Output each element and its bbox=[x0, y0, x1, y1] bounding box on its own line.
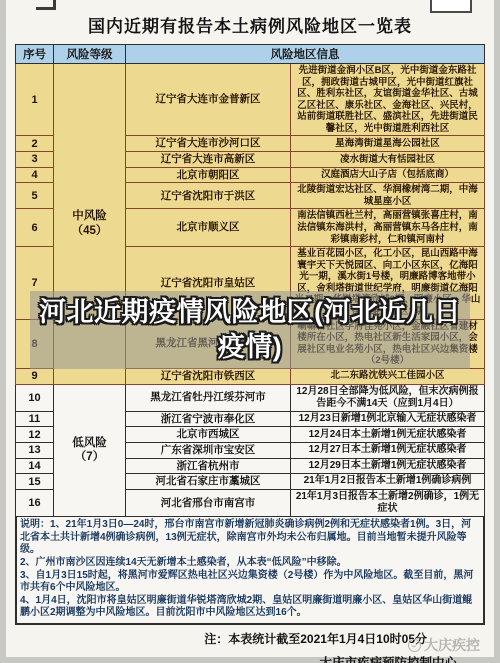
row-info: 喇嘛台社区学府佳苑小区，金融社区省建材楼所在小区，热电社区新生活家园小区，会展社… bbox=[291, 319, 485, 368]
photo-corner-box bbox=[430, 0, 472, 13]
row-no: 9 bbox=[16, 368, 54, 384]
row-region: 辽宁省大连市金普新区 bbox=[126, 64, 291, 136]
row-info: 南法信镇西杜兰村，高丽营镇张喜庄村，南法信镇东海洪村，高丽营镇东马各庄村，南彩镇… bbox=[291, 209, 485, 247]
row-region: 广东省深圳市宝安区 bbox=[126, 443, 291, 459]
header-no: 序号 bbox=[16, 45, 54, 64]
crop-mark-icon bbox=[36, 0, 56, 10]
row-region: 辽宁省沈阳市铁西区 bbox=[126, 368, 291, 384]
row-no: 16 bbox=[16, 489, 54, 516]
table-header-row: 序号 风险等级 风险地区信息 bbox=[16, 45, 485, 64]
row-no: 8 bbox=[16, 319, 54, 368]
row-info: 12月23日新增1例北京输入无症状感染者 bbox=[291, 411, 485, 427]
daqing-cdc-watermark: 大庆疾控 bbox=[408, 635, 480, 655]
row-region: 黑龙江省黑河市爱辉区 bbox=[126, 319, 291, 368]
mid-risk-name: 中风险 bbox=[56, 209, 123, 223]
row-info: 12月24日本土新增1例无症状感染者 bbox=[291, 427, 485, 443]
row-region: 河北省邢台市南宫市 bbox=[126, 489, 291, 516]
row-info: 先进街道金润小区B区，光中街道金东路社区，拥政街道古城甲区，光中街道红旗社区、胜… bbox=[291, 64, 485, 136]
note-line: 2、广州市南沙区因连续14天无新增本土感染者，从本表“低风险”中移除。 bbox=[20, 557, 480, 570]
row-no: 14 bbox=[16, 458, 54, 474]
table-row: 10 低风险 （7） 黑龙江省牡丹江绥芬河市 12月28日全部降为低风险，但末次… bbox=[16, 384, 485, 411]
document-photo: 国内近期有报告本土病例风险地区一览表 序号 风险等级 风险地区信息 1 中风险 … bbox=[6, 0, 494, 657]
row-info: 21年1月3日报告本土新增2例确诊，1例无症状 bbox=[291, 489, 485, 516]
notes-box: 说明：1、21年1月3日0—24时，邢台市南宫市新增新冠肺炎确诊病例2例和无症状… bbox=[15, 517, 485, 625]
header-info: 风险地区信息 bbox=[126, 45, 485, 64]
row-region: 北京市西城区 bbox=[126, 427, 291, 443]
row-region: 北京市朝阳区 bbox=[126, 167, 291, 183]
note-line: 说明：1、21年1月3日0—24时，邢台市南宫市新增新冠肺炎确诊病例2例和无症状… bbox=[20, 519, 480, 557]
row-info: 基业百花园小区，化工小区，昆山西路中海寰宇天下天悦园区、向工小区东区，亿海阳光一… bbox=[291, 247, 485, 319]
row-no: 13 bbox=[16, 443, 54, 459]
note-line: 3、自1月3日15时起，将黑河市爱辉区热电社区兴边集资楼（2号楼）作为中风险地区… bbox=[20, 570, 480, 595]
row-region: 黑龙江省牡丹江绥芬河市 bbox=[126, 384, 291, 411]
row-region: 北京市顺义区 bbox=[126, 209, 291, 247]
mid-risk-count: （45） bbox=[56, 224, 123, 238]
row-region: 浙江省杭州市 bbox=[126, 458, 291, 474]
risk-area-table: 序号 风险等级 风险地区信息 1 中风险 （45） 辽宁省大连市金普新区 先进街… bbox=[15, 44, 485, 517]
row-info: 星海湾街道星海公园社区 bbox=[291, 136, 485, 152]
row-info: 北二东路沈铁兴工佳园小区 bbox=[291, 368, 485, 384]
row-no: 3 bbox=[16, 152, 54, 168]
row-no: 11 bbox=[16, 411, 54, 427]
row-no: 7 bbox=[16, 247, 54, 319]
row-region: 河北省石家庄市藁城区 bbox=[126, 474, 291, 490]
daqing-cdc-logo-icon bbox=[408, 639, 421, 652]
low-risk-level-cell: 低风险 （7） bbox=[54, 384, 126, 517]
daqing-cdc-watermark-text: 大庆疾控 bbox=[424, 635, 480, 655]
row-region: 浙江省宁波市奉化区 bbox=[126, 411, 291, 427]
row-no: 2 bbox=[16, 136, 54, 152]
row-info: 北陵街道宏达社区、华润橡树湾二期，中海城星座小区 bbox=[291, 183, 485, 209]
row-no: 6 bbox=[16, 209, 54, 247]
row-no: 10 bbox=[16, 384, 54, 411]
row-no: 4 bbox=[16, 167, 54, 183]
low-risk-count: （7） bbox=[56, 450, 123, 464]
mid-risk-level-cell: 中风险 （45） bbox=[54, 64, 126, 385]
low-risk-name: 低风险 bbox=[56, 436, 123, 450]
row-no: 5 bbox=[16, 183, 54, 209]
row-info: 21年1月2日报告本土新增1例确诊病例 bbox=[291, 474, 485, 490]
row-no: 12 bbox=[16, 427, 54, 443]
note-line: 4、1月4日，沈阳市将皇姑区明廉街道华锐塔湾欣城2期、皇姑区明廉街道明廉小区、皇… bbox=[20, 595, 480, 620]
row-region: 辽宁省大连市高新区 bbox=[126, 152, 291, 168]
row-info: 汉庭酒店大山子店（包括底商） bbox=[291, 167, 485, 183]
page-title: 国内近期有报告本土病例风险地区一览表 bbox=[15, 12, 485, 37]
row-region: 辽宁省沈阳市于洪区 bbox=[126, 183, 291, 209]
row-info: 12月27日本土新增1例无症状感染者 bbox=[291, 443, 485, 459]
header-level: 风险等级 bbox=[54, 45, 126, 64]
row-info: 12月29日本土新增1例无症状感染者 bbox=[291, 458, 485, 474]
row-info: 12月28日全部降为低风险，但末次病例报告距今不满14天（应到1月4日） bbox=[291, 384, 485, 411]
row-region: 辽宁省大连市沙河口区 bbox=[126, 136, 291, 152]
row-no: 15 bbox=[16, 474, 54, 490]
row-info: 凌水街道大有恬园社区 bbox=[291, 152, 485, 168]
table-row: 1 中风险 （45） 辽宁省大连市金普新区 先进街道金润小区B区，光中街道金东路… bbox=[16, 64, 485, 136]
row-region: 辽宁省沈阳市皇姑区 bbox=[126, 247, 291, 319]
row-no: 1 bbox=[16, 64, 54, 136]
